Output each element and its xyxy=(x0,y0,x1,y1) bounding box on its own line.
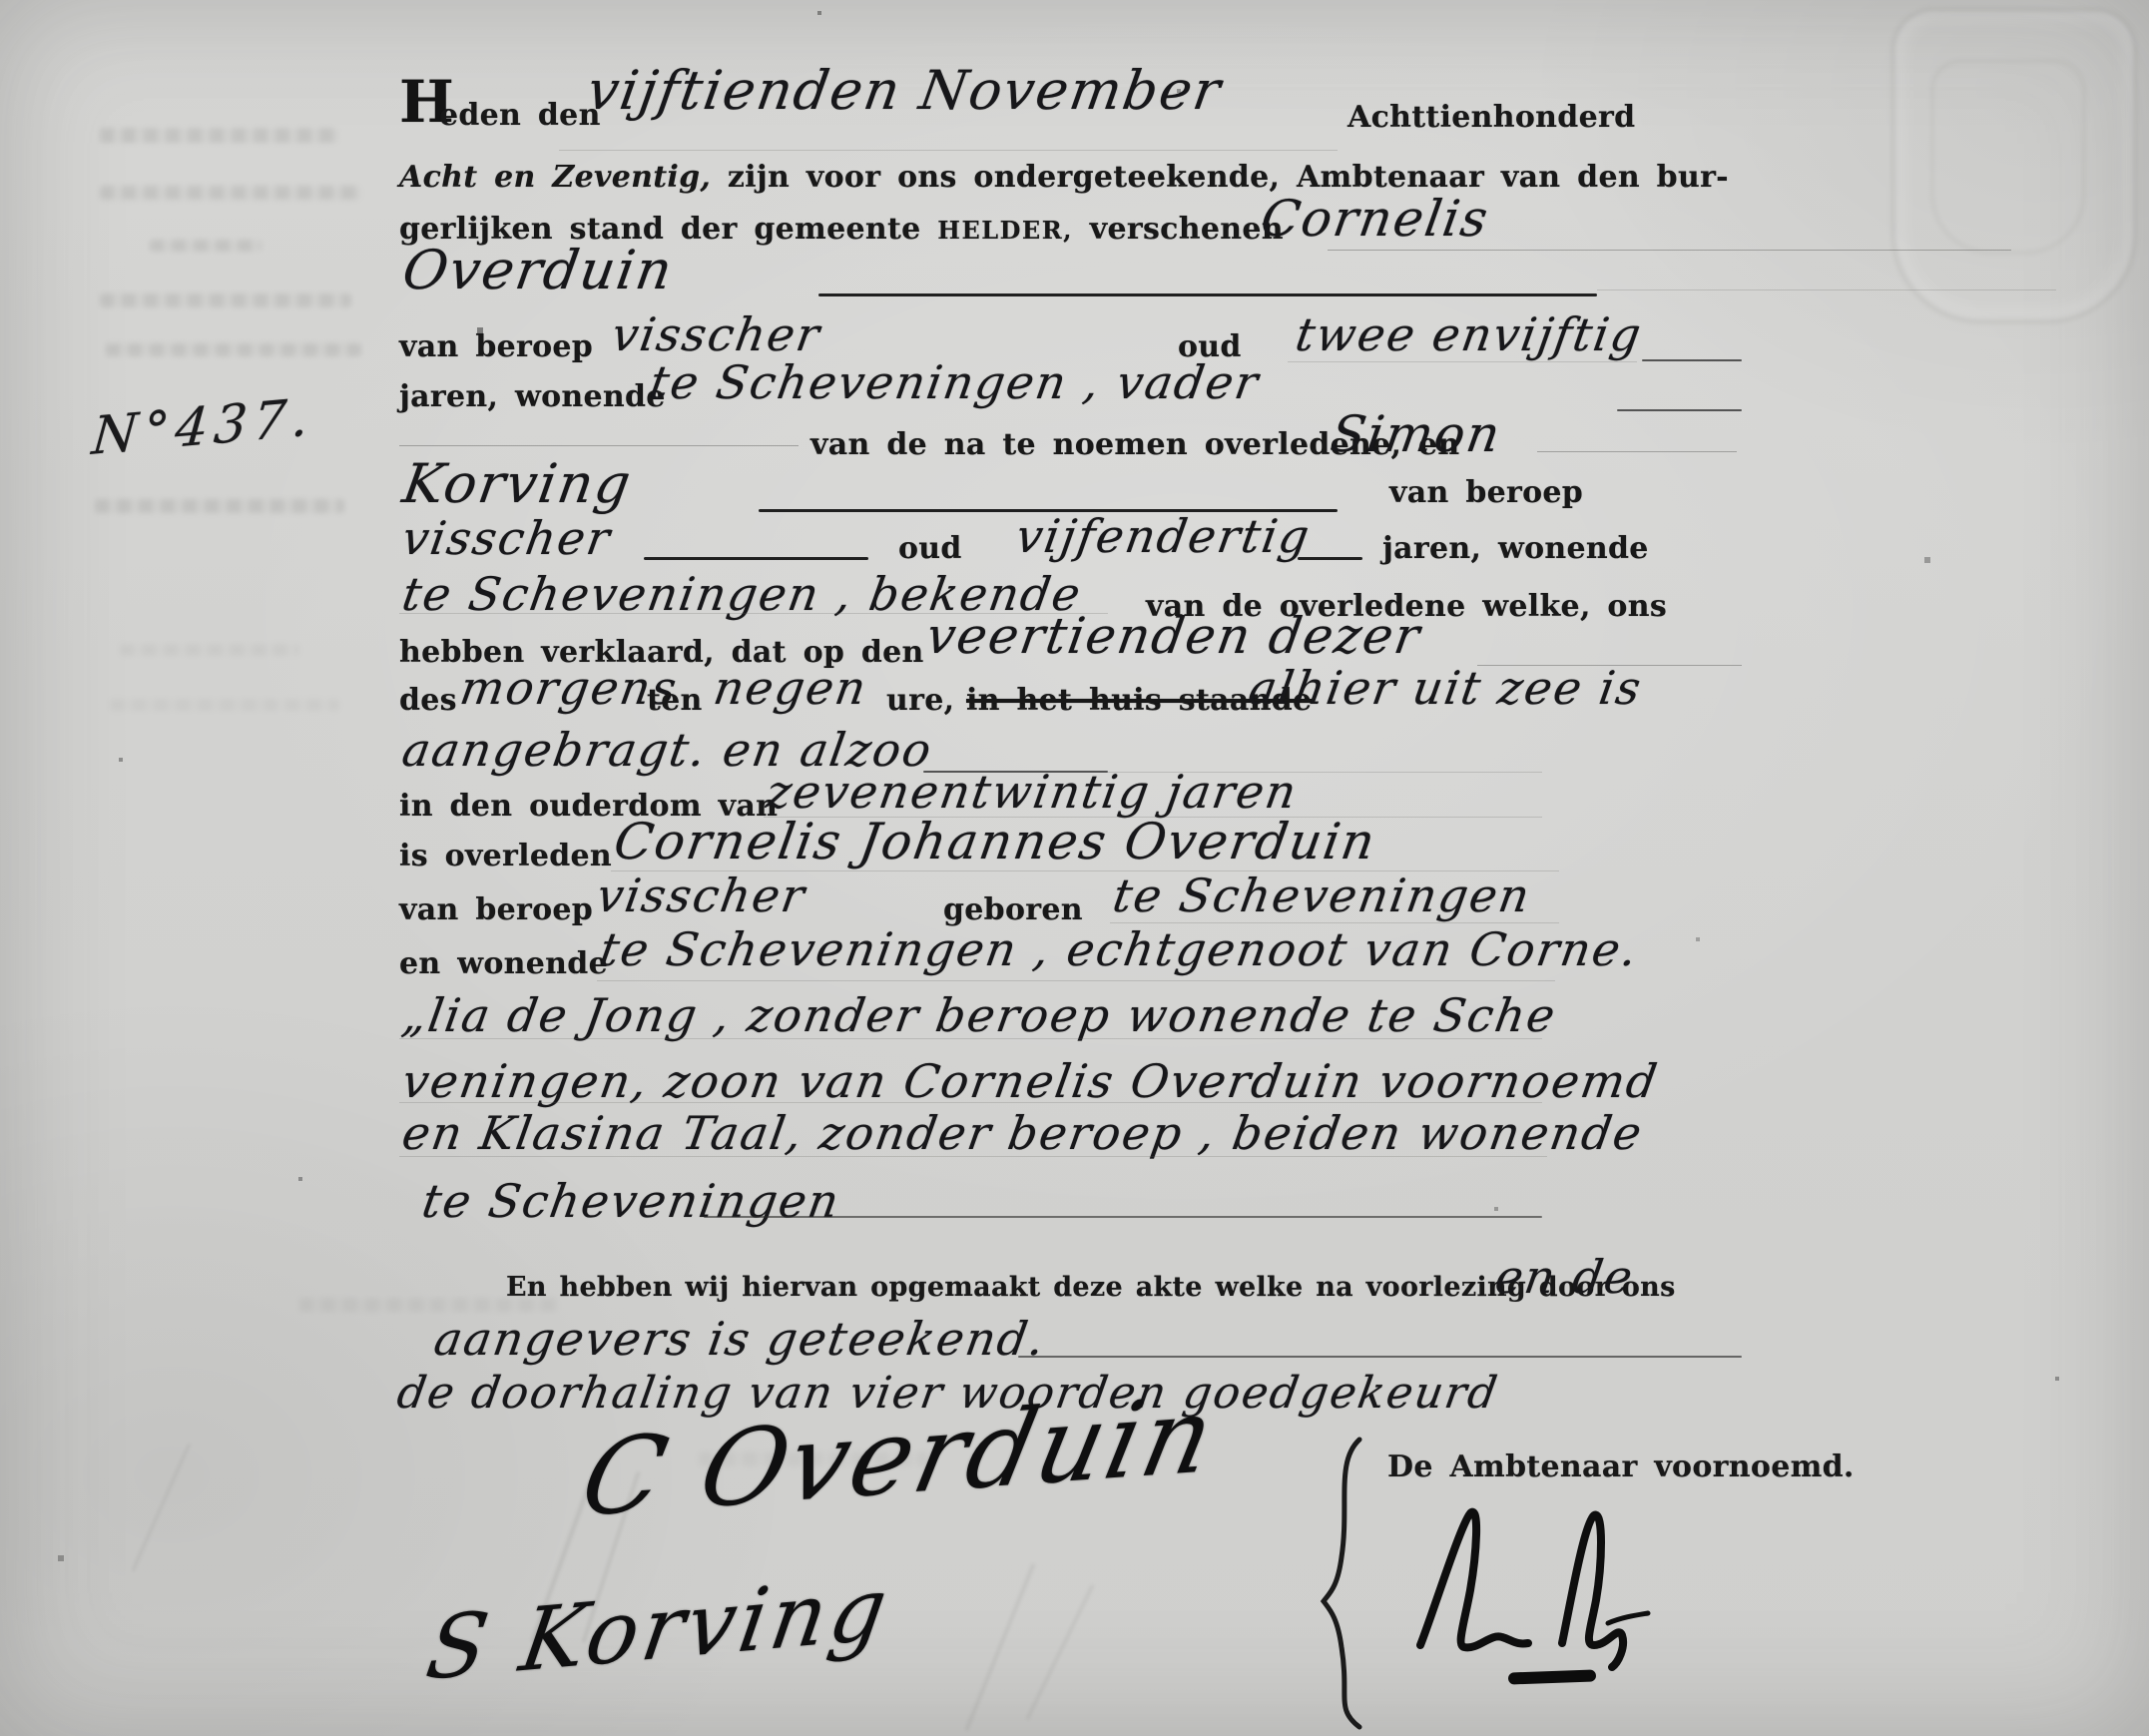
death-record-scan: N°437. H eden den vijftienden November A… xyxy=(0,0,2149,1736)
handwritten-text: en de xyxy=(1492,1254,1637,1300)
act-number: N°437. xyxy=(90,387,317,467)
printed-text: des xyxy=(399,683,457,718)
printed-line: Acht en Zeventig, zijn voor ons onderget… xyxy=(399,160,1729,195)
handwritten-date: vijftienden November xyxy=(584,64,1226,118)
printed-text: zijn voor ons ondergeteekende, Ambtenaar… xyxy=(711,160,1729,195)
written-line xyxy=(1298,557,1362,560)
ruled-line xyxy=(597,980,1555,981)
handwritten-age: zevenentwintig jaren xyxy=(764,769,1301,815)
handwritten-text: „lia de Jong , zonder beroep wonende te … xyxy=(399,992,1560,1038)
written-line xyxy=(1617,409,1742,411)
bleed-through-text xyxy=(106,343,361,356)
bleed-through-text xyxy=(150,240,262,252)
written-line xyxy=(644,557,868,560)
official-title: De Ambtenaar voornoemd. xyxy=(1387,1449,1855,1484)
printed-text: jaren, wonende xyxy=(399,379,666,414)
printed-text: en wonende xyxy=(399,946,608,981)
printed-text: jaren, wonende xyxy=(1382,531,1649,566)
handwritten-text: alhier uit zee is xyxy=(1246,665,1646,711)
printed-text: van beroep xyxy=(1389,475,1583,510)
written-line xyxy=(818,293,1597,296)
paper-speckles xyxy=(0,0,2,2)
written-line xyxy=(704,1216,1542,1218)
bleed-through-text xyxy=(95,499,344,513)
ruled-line xyxy=(1288,361,1637,362)
bleed-through-text xyxy=(120,644,299,656)
bleed-through-text xyxy=(100,186,361,200)
handwritten-text: en Klasina Taal, zonder beroep , beiden … xyxy=(399,1110,1646,1156)
printed-text: oud xyxy=(898,531,962,566)
printed-text: is overleden xyxy=(399,839,612,873)
ruled-line xyxy=(1537,451,1737,452)
handwritten-hour: negen xyxy=(711,665,870,711)
signature-declarant-2: S Korving xyxy=(420,1558,897,1700)
handwritten-residence: te Scheveningen , vader xyxy=(647,359,1263,405)
handwritten-deceased-name: Cornelis Johannes Overduin xyxy=(611,817,1379,867)
written-line xyxy=(1642,359,1742,361)
ruled-line xyxy=(399,1038,1542,1039)
printed-text: verschenen xyxy=(1073,212,1284,247)
printed-text: van beroep xyxy=(399,329,593,364)
pencil-mark xyxy=(1025,1584,1094,1721)
handwritten-surname: Korving xyxy=(399,457,636,511)
printed-text: ure, xyxy=(886,683,954,718)
handwritten-occupation: visscher xyxy=(399,515,615,561)
ruled-line xyxy=(1597,289,2056,290)
ruled-line xyxy=(399,1102,1542,1103)
printed-text: eden den xyxy=(439,98,601,133)
handwritten-text: aangevers is geteekend. xyxy=(431,1316,1049,1362)
ruled-line xyxy=(399,445,799,446)
bleed-through-text xyxy=(110,699,339,711)
handwritten-text: veningen, zoon van Cornelis Overduin voo… xyxy=(399,1058,1662,1104)
handwritten-name: Simon xyxy=(1328,409,1505,459)
handwritten-surname: Overduin xyxy=(399,244,678,297)
ruled-line xyxy=(559,150,1338,151)
handwritten-age: twee envijftig xyxy=(1293,311,1646,357)
handwritten-date: veertienden dezer xyxy=(923,611,1424,661)
official-signature xyxy=(1412,1495,1712,1695)
embossed-seal-inner xyxy=(1931,60,2085,254)
handwritten-age: vijfendertig xyxy=(1013,513,1314,559)
bleed-through-text xyxy=(100,293,351,307)
handwritten-occupation: visscher xyxy=(594,872,809,918)
brace xyxy=(1320,1436,1365,1731)
handwritten-name: Cornelis xyxy=(1258,194,1493,244)
written-line xyxy=(1018,1356,1742,1358)
handwritten-occupation: visscher xyxy=(609,311,824,357)
printed-text: van beroep xyxy=(399,892,593,927)
handwritten-text: te Scheveningen , echtgenoot van Corne. xyxy=(597,926,1642,972)
pencil-mark xyxy=(964,1563,1035,1731)
handwritten-birthplace: te Scheveningen xyxy=(1110,872,1534,918)
bleed-through-text xyxy=(100,128,339,143)
printed-text: Achttienhonderd xyxy=(1347,100,1635,135)
printed-text: ten xyxy=(647,683,703,718)
pencil-mark xyxy=(132,1443,192,1571)
ruled-line xyxy=(399,1156,1547,1157)
ruled-line xyxy=(1328,250,2011,251)
printed-text: Acht en Zeventig, xyxy=(399,160,711,195)
printed-municipality: Helder, xyxy=(937,216,1073,245)
